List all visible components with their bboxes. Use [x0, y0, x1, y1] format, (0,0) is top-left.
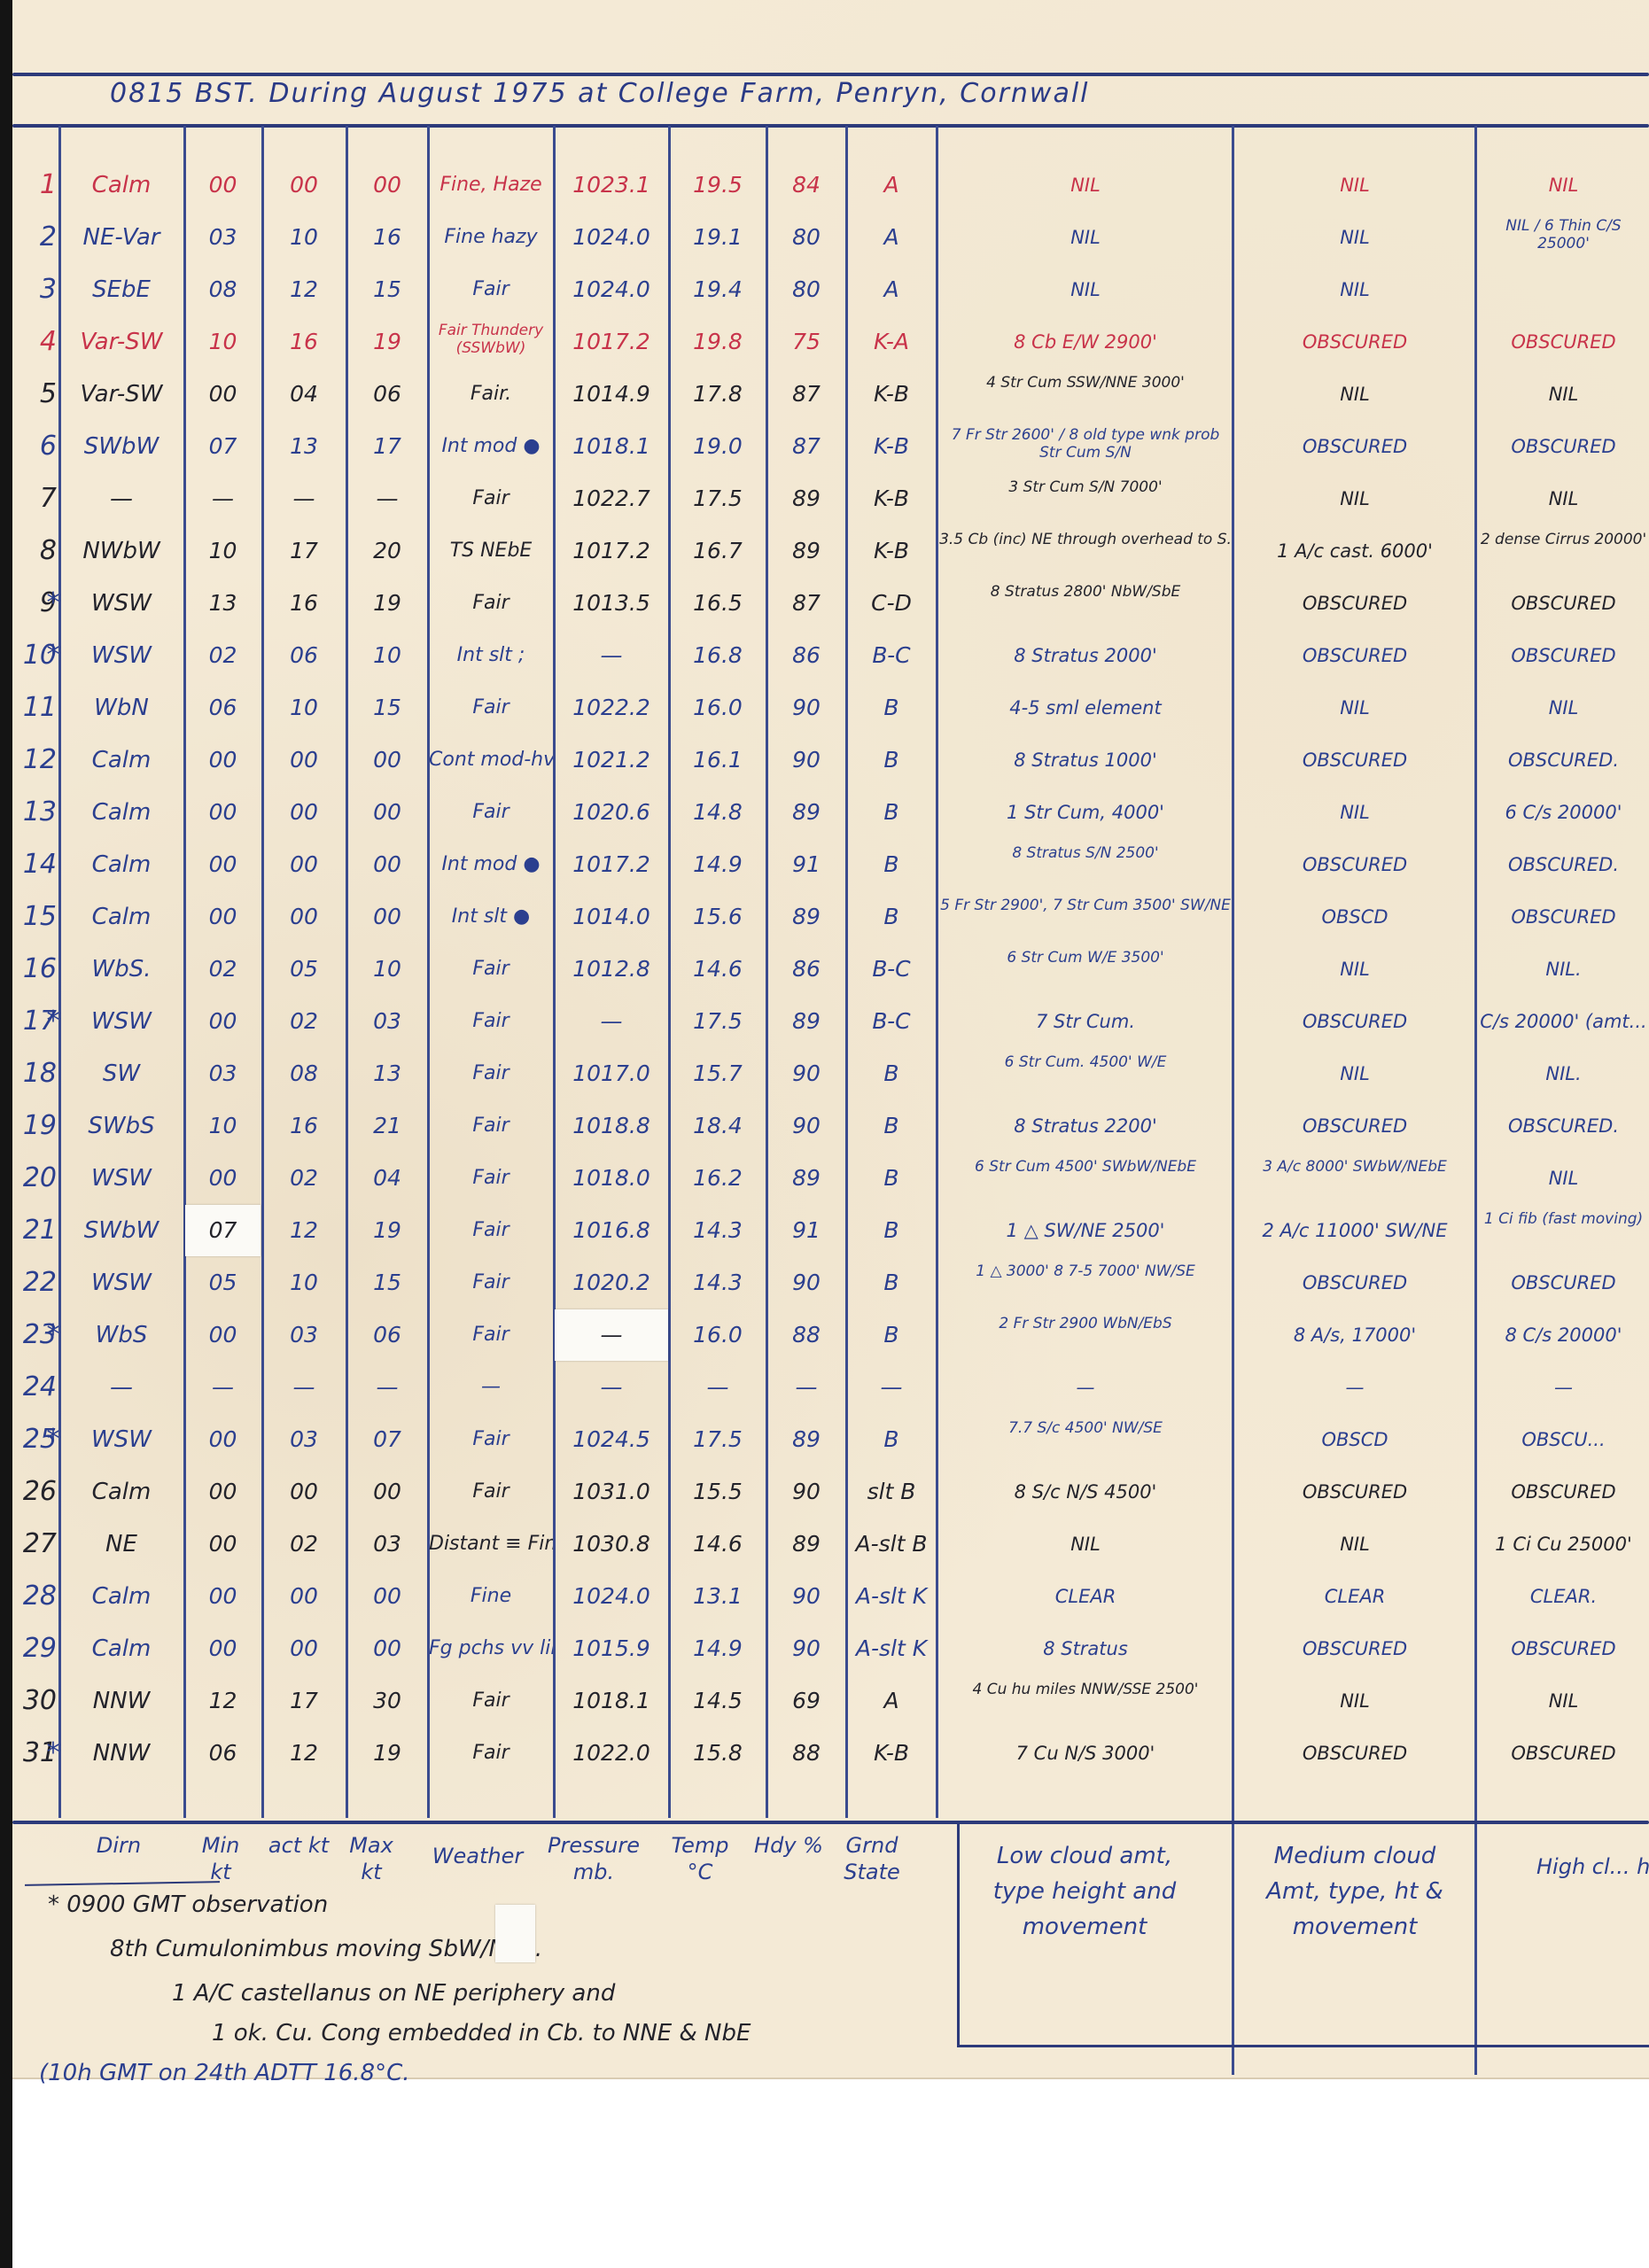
- wind-max-cell: 19: [347, 1728, 427, 1779]
- log-row: 31*NNW061219Fair1022.015.888K-B7 Cu N/S …: [12, 1728, 1649, 1779]
- temperature-cell: 15.6: [670, 891, 766, 943]
- high-cloud-cell: NIL: [1478, 682, 1649, 734]
- wind-direction-cell: Calm: [60, 787, 183, 838]
- wind-max-cell: 19: [347, 316, 427, 368]
- humidity-cell: 90: [767, 1257, 845, 1309]
- log-row: 23*WbS000306Fair—16.088B2 Fr Str 2900 Wb…: [12, 1309, 1649, 1361]
- low-cloud-cell: 3.5 Cb (inc) NE through overhead to S.: [939, 525, 1232, 582]
- medium-cloud-cell: OBSCURED: [1235, 996, 1474, 1047]
- humidity-cell: 90: [767, 1623, 845, 1674]
- wind-max-cell: 21: [347, 1100, 427, 1152]
- header-act: act kt: [268, 1832, 330, 1859]
- wind-max-cell: 03: [347, 996, 427, 1047]
- wind-actual-cell: 10: [263, 682, 345, 734]
- temperature-cell: 19.4: [670, 264, 766, 315]
- log-row: 3SEbE081215Fair1024.019.480ANILNIL: [12, 264, 1649, 315]
- high-cloud-cell: C/s 20000' (amt...: [1478, 996, 1649, 1047]
- temperature-cell: 14.9: [670, 839, 766, 890]
- low-cloud-cell: 8 Cb E/W 2900': [939, 316, 1232, 368]
- row-day-cell: 12: [12, 734, 60, 786]
- temperature-cell: 19.0: [670, 421, 766, 472]
- humidity-cell: 89: [767, 1153, 845, 1204]
- wind-actual-cell: 16: [263, 578, 345, 629]
- row-day-cell: 5: [12, 369, 60, 420]
- humidity-cell: 87: [767, 578, 845, 629]
- row-day-cell: 24: [12, 1362, 60, 1413]
- top-rule: [12, 73, 1649, 76]
- row-day-cell: 2: [12, 212, 60, 263]
- humidity-cell: 88: [767, 1728, 845, 1779]
- medium-cloud-cell: OBSCURED: [1235, 1466, 1474, 1518]
- ground-state-cell: B-C: [847, 630, 936, 681]
- high-cloud-cell: 1 Ci Cu 25000': [1478, 1518, 1649, 1570]
- temperature-cell: 14.3: [670, 1257, 766, 1309]
- wind-direction-cell: WbS.: [60, 944, 183, 995]
- medium-cloud-cell: OBSCD: [1235, 891, 1474, 943]
- humidity-cell: 88: [767, 1309, 845, 1361]
- header-max: Max kt: [340, 1832, 402, 1885]
- high-cloud-cell: 2 dense Cirrus 20000': [1478, 525, 1649, 582]
- row-day-cell: 29: [12, 1623, 60, 1674]
- wind-direction-cell: —: [60, 473, 183, 524]
- humidity-cell: 89: [767, 1414, 845, 1465]
- temperature-cell: 14.6: [670, 944, 766, 995]
- wind-direction-cell: SEbE: [60, 264, 183, 315]
- wind-direction-cell: NWbW: [60, 525, 183, 577]
- temperature-cell: 15.8: [670, 1728, 766, 1779]
- wind-direction-cell: —: [60, 1362, 183, 1413]
- wind-min-cell: 00: [185, 1571, 261, 1622]
- wind-actual-cell: 00: [263, 159, 345, 211]
- log-row: 11WbN061015Fair1022.216.090B4-5 sml elem…: [12, 682, 1649, 734]
- wind-min-cell: 00: [185, 1153, 261, 1204]
- ground-state-cell: B: [847, 1100, 936, 1152]
- wind-min-cell: 07: [185, 421, 261, 472]
- wind-actual-cell: 12: [263, 1728, 345, 1779]
- high-cloud-cell: NIL / 6 Thin C/S 25000': [1478, 212, 1649, 268]
- pressure-cell: 1030.8: [555, 1518, 668, 1570]
- wind-max-cell: —: [347, 473, 427, 524]
- pressure-cell: 1016.8: [555, 1205, 668, 1256]
- wind-min-cell: 13: [185, 578, 261, 629]
- row-day-cell: 18: [12, 1048, 60, 1099]
- wind-direction-cell: WbN: [60, 682, 183, 734]
- ground-state-cell: B: [847, 1205, 936, 1256]
- wind-min-cell: 03: [185, 1048, 261, 1099]
- ground-state-cell: A: [847, 159, 936, 211]
- note-adtt: (10h GMT on 24th ADTT 16.8°C.: [39, 2060, 410, 2086]
- low-cloud-cell: 4-5 sml element: [939, 682, 1232, 734]
- wind-actual-cell: 00: [263, 1571, 345, 1622]
- weather-cell: Distant ≡ Fine.: [429, 1518, 553, 1570]
- humidity-cell: 80: [767, 264, 845, 315]
- wind-direction-cell: SW: [60, 1048, 183, 1099]
- temperature-cell: 16.2: [670, 1153, 766, 1204]
- weather-cell: Int mod ●: [429, 421, 553, 472]
- ground-state-cell: K-B: [847, 1728, 936, 1779]
- weather-cell: Fair: [429, 1205, 553, 1256]
- wind-min-cell: 06: [185, 682, 261, 734]
- weather-cell: Fair: [429, 1414, 553, 1465]
- weather-cell: Fair: [429, 996, 553, 1047]
- temperature-cell: —: [670, 1362, 766, 1413]
- high-cloud-cell: OBSCURED.: [1478, 734, 1649, 786]
- wind-actual-cell: 12: [263, 264, 345, 315]
- low-cloud-cell: 8 Stratus 2000': [939, 630, 1232, 681]
- ground-state-cell: B: [847, 1153, 936, 1204]
- log-row: 26Calm000000Fair1031.015.590slt B8 S/c N…: [12, 1466, 1649, 1518]
- medium-cloud-cell: OBSCURED: [1235, 1728, 1474, 1779]
- pressure-cell: 1015.9: [555, 1623, 668, 1674]
- pressure-cell: —: [555, 1309, 668, 1361]
- humidity-cell: 86: [767, 944, 845, 995]
- weather-cell: Fair: [429, 1257, 553, 1309]
- header-rule: [12, 124, 1649, 128]
- wind-min-cell: 00: [185, 1518, 261, 1570]
- medium-cloud-cell: 8 A/s, 17000': [1235, 1309, 1474, 1361]
- pressure-cell: 1018.8: [555, 1100, 668, 1152]
- pressure-cell: —: [555, 996, 668, 1047]
- pressure-cell: 1020.6: [555, 787, 668, 838]
- header-min: Min kt: [190, 1832, 252, 1885]
- wind-actual-cell: 05: [263, 944, 345, 995]
- low-cloud-cell: 1 Str Cum, 4000': [939, 787, 1232, 838]
- high-cloud-cell: OBSCURED: [1478, 630, 1649, 681]
- weather-cell: Int slt ;: [429, 630, 553, 681]
- wind-actual-cell: 03: [263, 1414, 345, 1465]
- wind-max-cell: 15: [347, 264, 427, 315]
- weather-cell: Fair: [429, 944, 553, 995]
- medium-cloud-cell: —: [1235, 1362, 1474, 1413]
- wind-actual-cell: 04: [263, 369, 345, 420]
- header-pressure: Pressure mb.: [541, 1832, 647, 1885]
- note-cumulonimbus: 8th Cumulonimbus moving SbW/NbE.: [110, 1936, 542, 1962]
- medium-cloud-cell: NIL: [1235, 1675, 1474, 1727]
- high-cloud-cell: NIL: [1478, 1153, 1649, 1204]
- wind-min-cell: 10: [185, 525, 261, 577]
- temperature-cell: 19.5: [670, 159, 766, 211]
- low-cloud-cell: 7 Str Cum.: [939, 996, 1232, 1047]
- high-cloud-cell: OBSCURED: [1478, 1466, 1649, 1518]
- weather-cell: Fair Thundery (SSWbW): [429, 316, 553, 373]
- wind-direction-cell: WSW: [60, 578, 183, 629]
- high-cloud-cell: —: [1478, 1362, 1649, 1413]
- weather-cell: Fair: [429, 682, 553, 734]
- temperature-cell: 16.7: [670, 525, 766, 577]
- low-cloud-cell: CLEAR: [939, 1571, 1232, 1622]
- low-cloud-cell: NIL: [939, 212, 1232, 263]
- wind-max-cell: 10: [347, 630, 427, 681]
- wind-actual-cell: 16: [263, 316, 345, 368]
- medium-cloud-cell: NIL: [1235, 787, 1474, 838]
- wind-direction-cell: Calm: [60, 1571, 183, 1622]
- wind-actual-cell: 12: [263, 1205, 345, 1256]
- wind-direction-cell: Calm: [60, 159, 183, 211]
- weather-cell: Fair: [429, 264, 553, 315]
- ground-state-cell: B: [847, 787, 936, 838]
- wind-min-cell: 12: [185, 1675, 261, 1727]
- note-castellanus: 1 A/C castellanus on NE periphery and: [172, 1980, 615, 2007]
- wind-max-cell: 07: [347, 1414, 427, 1465]
- log-row: 21SWbW071219Fair1016.814.391B1 △ SW/NE 2…: [12, 1205, 1649, 1256]
- row-day-cell: 6: [12, 421, 60, 472]
- high-cloud-cell: NIL: [1478, 369, 1649, 420]
- pressure-cell: 1014.9: [555, 369, 668, 420]
- low-cloud-cell: 8 Stratus 2200': [939, 1100, 1232, 1152]
- wind-min-cell: 08: [185, 264, 261, 315]
- ground-state-cell: B: [847, 1309, 936, 1361]
- weather-cell: Fair: [429, 1048, 553, 1099]
- wind-min-cell: 00: [185, 891, 261, 943]
- log-row: 27NE000203Distant ≡ Fine.1030.814.689A-s…: [12, 1518, 1649, 1570]
- high-cloud-cell: NIL: [1478, 1675, 1649, 1727]
- wind-min-cell: 02: [185, 630, 261, 681]
- wind-actual-cell: 10: [263, 212, 345, 263]
- wind-max-cell: 20: [347, 525, 427, 577]
- wind-direction-cell: SWbW: [60, 421, 183, 472]
- pressure-cell: —: [555, 630, 668, 681]
- weather-cell: Fair: [429, 1728, 553, 1779]
- pressure-cell: 1022.7: [555, 473, 668, 524]
- low-cloud-cell: 6 Str Cum W/E 3500': [939, 944, 1232, 1000]
- medium-cloud-cell: OBSCURED: [1235, 316, 1474, 368]
- wind-actual-cell: 13: [263, 421, 345, 472]
- pressure-cell: 1024.0: [555, 1571, 668, 1622]
- header-weather: Weather: [416, 1843, 540, 1869]
- ground-state-cell: B: [847, 1048, 936, 1099]
- row-day-cell: 13: [12, 787, 60, 838]
- log-row: 24————————————: [12, 1362, 1649, 1413]
- wind-direction-cell: NE-Var: [60, 212, 183, 263]
- low-cloud-cell: 6 Str Cum 4500' SWbW/NEbE: [939, 1153, 1232, 1209]
- low-cloud-cell: 6 Str Cum. 4500' W/E: [939, 1048, 1232, 1105]
- weather-cell: TS NEbE: [429, 525, 553, 577]
- row-day-cell: 15: [12, 891, 60, 943]
- wind-max-cell: 16: [347, 212, 427, 263]
- humidity-cell: 89: [767, 996, 845, 1047]
- pressure-cell: 1024.5: [555, 1414, 668, 1465]
- weather-cell: —: [429, 1362, 553, 1413]
- wind-max-cell: 00: [347, 787, 427, 838]
- weather-cell: Fine, Haze: [429, 159, 553, 211]
- wind-min-cell: 00: [185, 787, 261, 838]
- ground-state-cell: B: [847, 1257, 936, 1309]
- wind-max-cell: 06: [347, 369, 427, 420]
- wind-max-cell: 03: [347, 1518, 427, 1570]
- wind-min-cell: 02: [185, 944, 261, 995]
- low-cloud-cell: 4 Str Cum SSW/NNE 3000': [939, 369, 1232, 425]
- humidity-cell: —: [767, 1362, 845, 1413]
- log-row: 1Calm000000Fine, Haze1023.119.584ANILNIL…: [12, 159, 1649, 211]
- humidity-cell: 91: [767, 1205, 845, 1256]
- row-day-cell: 1: [12, 159, 60, 211]
- temperature-cell: 15.7: [670, 1048, 766, 1099]
- high-cloud-cell: OBSCURED: [1478, 891, 1649, 943]
- temperature-cell: 17.5: [670, 1414, 766, 1465]
- header-low-cloud: Low cloud amt, type height and movement: [978, 1838, 1191, 1945]
- temperature-cell: 14.9: [670, 1623, 766, 1674]
- high-cloud-cell: 1 Ci fib (fast moving): [1478, 1205, 1649, 1262]
- weather-cell: Fair: [429, 787, 553, 838]
- temperature-cell: 16.1: [670, 734, 766, 786]
- wind-actual-cell: 03: [263, 1309, 345, 1361]
- temperature-cell: 14.3: [670, 1205, 766, 1256]
- pressure-cell: 1017.2: [555, 525, 668, 577]
- humidity-cell: 84: [767, 159, 845, 211]
- paper-patch: [495, 1905, 535, 1962]
- wind-max-cell: 00: [347, 159, 427, 211]
- low-cloud-cell: 1 △ 3000' 8 7-5 7000' NW/SE: [939, 1257, 1232, 1314]
- wind-actual-cell: 02: [263, 1153, 345, 1204]
- ground-state-cell: K-B: [847, 421, 936, 472]
- row-day-cell: 26: [12, 1466, 60, 1518]
- wind-max-cell: 04: [347, 1153, 427, 1204]
- wind-direction-cell: Var-SW: [60, 369, 183, 420]
- wind-max-cell: 19: [347, 1205, 427, 1256]
- wind-direction-cell: SWbS: [60, 1100, 183, 1152]
- wind-actual-cell: 08: [263, 1048, 345, 1099]
- log-row: 6SWbW071317Int mod ●1018.119.087K-B7 Fr …: [12, 421, 1649, 472]
- wind-actual-cell: 10: [263, 1257, 345, 1309]
- row-day-cell: 14: [12, 839, 60, 890]
- wind-actual-cell: 02: [263, 996, 345, 1047]
- pressure-cell: —: [555, 1362, 668, 1413]
- wind-direction-cell: SWbW: [60, 1205, 183, 1256]
- log-row: 19SWbS101621Fair1018.818.490B8 Stratus 2…: [12, 1100, 1649, 1152]
- temperature-cell: 13.1: [670, 1571, 766, 1622]
- ground-state-cell: K-A: [847, 316, 936, 368]
- wind-actual-cell: 00: [263, 1466, 345, 1518]
- wind-direction-cell: Calm: [60, 734, 183, 786]
- medium-cloud-cell: OBSCURED: [1235, 839, 1474, 890]
- low-cloud-cell: 3 Str Cum S/N 7000': [939, 473, 1232, 530]
- log-row: 9*WSW131619Fair1013.516.587C-D8 Stratus …: [12, 578, 1649, 629]
- wind-max-cell: 15: [347, 682, 427, 734]
- wind-direction-cell: NE: [60, 1518, 183, 1570]
- humidity-cell: 91: [767, 839, 845, 890]
- wind-max-cell: 00: [347, 891, 427, 943]
- row-day-cell: 4: [12, 316, 60, 368]
- low-cloud-cell: 1 △ SW/NE 2500': [939, 1205, 1232, 1256]
- ground-state-cell: B: [847, 1414, 936, 1465]
- weather-cell: Int slt ●: [429, 891, 553, 943]
- low-cloud-cell: NIL: [939, 159, 1232, 211]
- low-cloud-cell: —: [939, 1362, 1232, 1413]
- humidity-cell: 69: [767, 1675, 845, 1727]
- wind-max-cell: 17: [347, 421, 427, 472]
- log-row: 7————Fair1022.717.589K-B3 Str Cum S/N 70…: [12, 473, 1649, 524]
- humidity-cell: 89: [767, 787, 845, 838]
- row-day-cell: 20: [12, 1153, 60, 1204]
- temperature-cell: 14.6: [670, 1518, 766, 1570]
- humidity-cell: 89: [767, 473, 845, 524]
- ground-state-cell: B: [847, 734, 936, 786]
- scan-edge: [0, 0, 12, 2268]
- pressure-cell: 1018.1: [555, 421, 668, 472]
- medium-cloud-cell: NIL: [1235, 944, 1474, 995]
- pressure-cell: 1021.2: [555, 734, 668, 786]
- log-row: 4Var-SW101619Fair Thundery (SSWbW)1017.2…: [12, 316, 1649, 368]
- medium-cloud-cell: OBSCURED: [1235, 1257, 1474, 1309]
- low-cloud-cell: 4 Cu hu miles NNW/SSE 2500': [939, 1675, 1232, 1732]
- wind-min-cell: —: [185, 473, 261, 524]
- wind-actual-cell: —: [263, 473, 345, 524]
- wind-actual-cell: 06: [263, 630, 345, 681]
- cloud-box-bottom: [957, 2045, 1649, 2047]
- medium-cloud-cell: OBSCD: [1235, 1414, 1474, 1465]
- wind-direction-cell: WSW: [60, 1414, 183, 1465]
- log-row: 10*WSW020610Int slt ;—16.886B-C8 Stratus…: [12, 630, 1649, 681]
- wind-direction-cell: Calm: [60, 1623, 183, 1674]
- humidity-cell: 90: [767, 1100, 845, 1152]
- medium-cloud-cell: NIL: [1235, 682, 1474, 734]
- weather-cell: Fair: [429, 1675, 553, 1727]
- wind-direction-cell: Calm: [60, 839, 183, 890]
- temperature-cell: 16.8: [670, 630, 766, 681]
- weather-cell: Fair: [429, 1466, 553, 1518]
- wind-direction-cell: Calm: [60, 891, 183, 943]
- low-cloud-cell: 7 Fr Str 2600' / 8 old type wnk prob Str…: [939, 421, 1232, 478]
- log-row: 8NWbW101720TS NEbE1017.216.789K-B3.5 Cb …: [12, 525, 1649, 577]
- wind-actual-cell: 00: [263, 734, 345, 786]
- pressure-cell: 1018.0: [555, 1153, 668, 1204]
- ground-state-cell: A-slt B: [847, 1518, 936, 1570]
- humidity-cell: 75: [767, 316, 845, 368]
- wind-actual-cell: 00: [263, 839, 345, 890]
- weather-cell: Fair.: [429, 369, 553, 420]
- log-row: 14Calm000000Int mod ●1017.214.991B8 Stra…: [12, 839, 1649, 890]
- wind-min-cell: 00: [185, 1466, 261, 1518]
- bottom-rule: [12, 1821, 1649, 1824]
- wind-min-cell: 03: [185, 212, 261, 263]
- log-row: 20WSW000204Fair1018.016.289B6 Str Cum 45…: [12, 1153, 1649, 1204]
- pressure-cell: 1017.2: [555, 316, 668, 368]
- wind-max-cell: 00: [347, 1466, 427, 1518]
- humidity-cell: 90: [767, 1571, 845, 1622]
- pressure-cell: 1024.0: [555, 212, 668, 263]
- high-cloud-cell: NIL.: [1478, 1048, 1649, 1099]
- medium-cloud-cell: NIL: [1235, 159, 1474, 211]
- wind-max-cell: 10: [347, 944, 427, 995]
- weather-cell: Fg pchs vv limits: [429, 1623, 553, 1674]
- row-day-cell: 30: [12, 1675, 60, 1727]
- ground-state-cell: A: [847, 264, 936, 315]
- note-cu-cong: 1 ok. Cu. Cong embedded in Cb. to NNE & …: [212, 2020, 751, 2047]
- high-cloud-cell: OBSCURED: [1478, 1728, 1649, 1779]
- log-row: 18SW030813Fair1017.015.790B6 Str Cum. 45…: [12, 1048, 1649, 1099]
- high-cloud-cell: OBSCURED.: [1478, 1100, 1649, 1152]
- row-day-cell: 8: [12, 525, 60, 577]
- humidity-cell: 80: [767, 212, 845, 263]
- wind-actual-cell: —: [263, 1362, 345, 1413]
- row-day-cell: 3: [12, 264, 60, 315]
- wind-direction-cell: WSW: [60, 1257, 183, 1309]
- wind-min-cell: 00: [185, 996, 261, 1047]
- medium-cloud-cell: 2 A/c 11000' SW/NE: [1235, 1205, 1474, 1256]
- wind-min-cell: —: [185, 1362, 261, 1413]
- low-cloud-cell: NIL: [939, 1518, 1232, 1570]
- medium-cloud-cell: 3 A/c 8000' SWbW/NEbE: [1235, 1153, 1474, 1209]
- wind-min-cell: 00: [185, 1623, 261, 1674]
- temperature-cell: 17.8: [670, 369, 766, 420]
- wind-max-cell: 15: [347, 1257, 427, 1309]
- row-day-cell: 27: [12, 1518, 60, 1570]
- high-cloud-cell: NIL: [1478, 159, 1649, 211]
- wind-actual-cell: 00: [263, 891, 345, 943]
- medium-cloud-cell: OBSCURED: [1235, 421, 1474, 472]
- log-row: 15Calm000000Int slt ●1014.015.689B5 Fr S…: [12, 891, 1649, 943]
- ground-state-cell: K-B: [847, 369, 936, 420]
